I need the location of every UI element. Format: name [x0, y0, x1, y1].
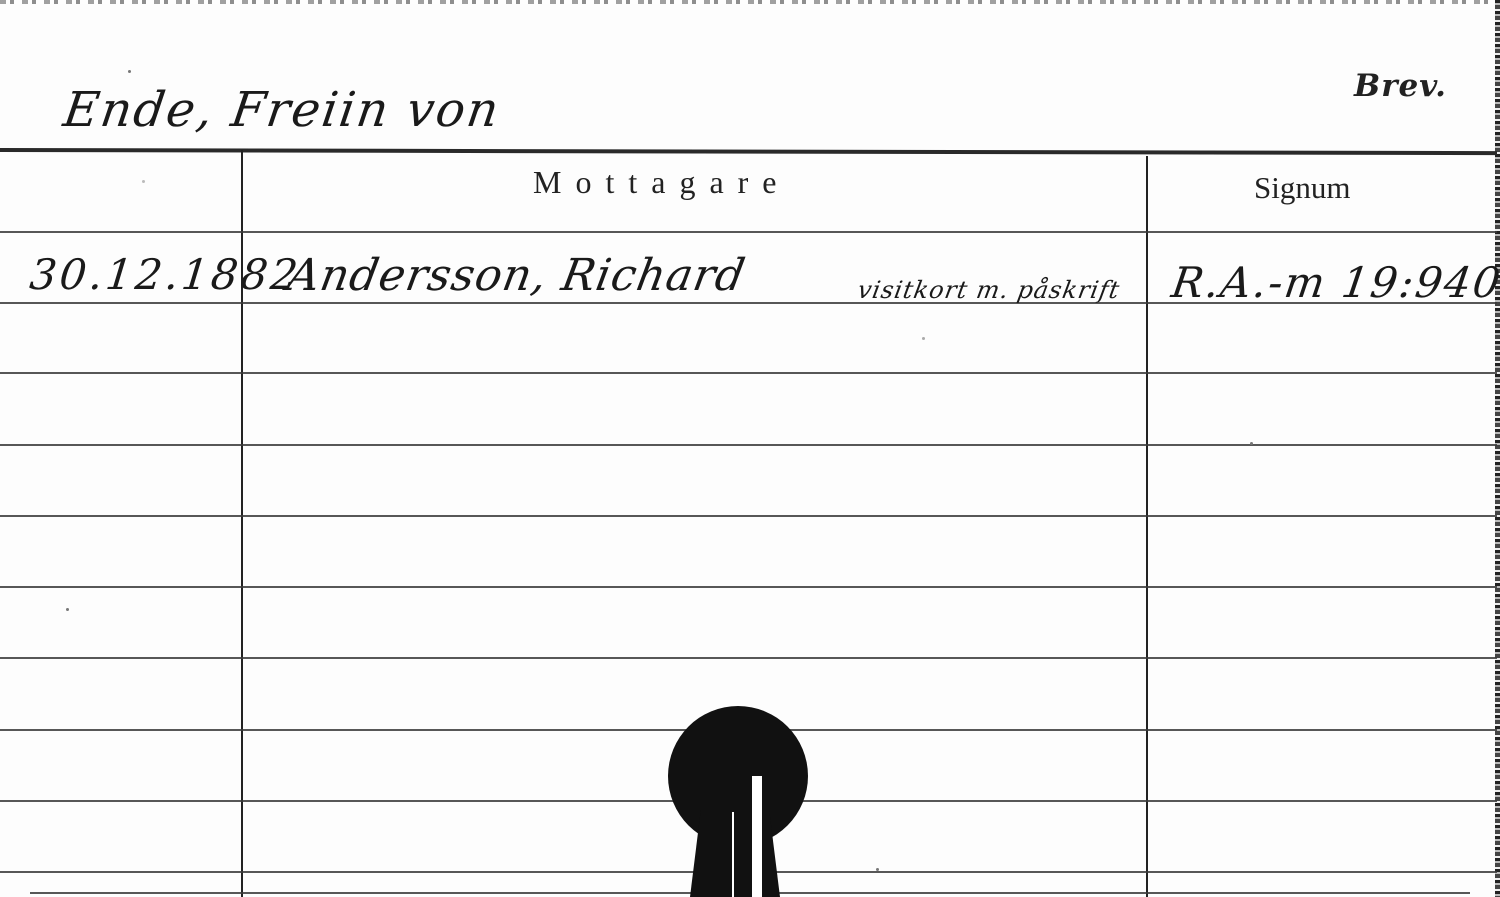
paper-speck — [922, 337, 925, 340]
entry-recipient: Andersson, Richard — [284, 250, 750, 301]
punch-hole-slit — [732, 812, 734, 897]
index-card: Ende, Freiin von Brev. Mottagare Signum … — [0, 0, 1500, 897]
row-rule — [0, 657, 1497, 659]
row-rule — [0, 231, 1497, 233]
column-header-signum: Signum — [1254, 170, 1350, 206]
row-rule — [0, 515, 1497, 517]
card-top-edge — [0, 0, 1500, 4]
paper-speck — [66, 608, 69, 611]
entry-signum: R.A.-m 19:940 — [1169, 258, 1500, 307]
row-rule — [0, 372, 1497, 374]
entry-date: 30.12.1882 — [27, 250, 303, 299]
row-rule — [0, 444, 1497, 446]
column-header-recipient: Mottagare — [533, 164, 791, 201]
card-right-edge — [1495, 0, 1500, 897]
paper-speck — [876, 868, 879, 871]
punch-hole-slot — [690, 810, 780, 897]
punch-hole-slit — [752, 776, 762, 897]
row-rule — [0, 586, 1497, 588]
card-header-name: Ende, Freiin von — [60, 82, 504, 138]
paper-speck — [128, 70, 131, 73]
paper-speck — [142, 180, 145, 183]
entry-note: visitkort m. påskrift — [856, 276, 1123, 304]
paper-speck — [1250, 442, 1253, 445]
column-divider-signum — [1146, 156, 1148, 897]
header-divider — [0, 148, 1497, 155]
card-type-label: Brev. — [1354, 68, 1447, 104]
